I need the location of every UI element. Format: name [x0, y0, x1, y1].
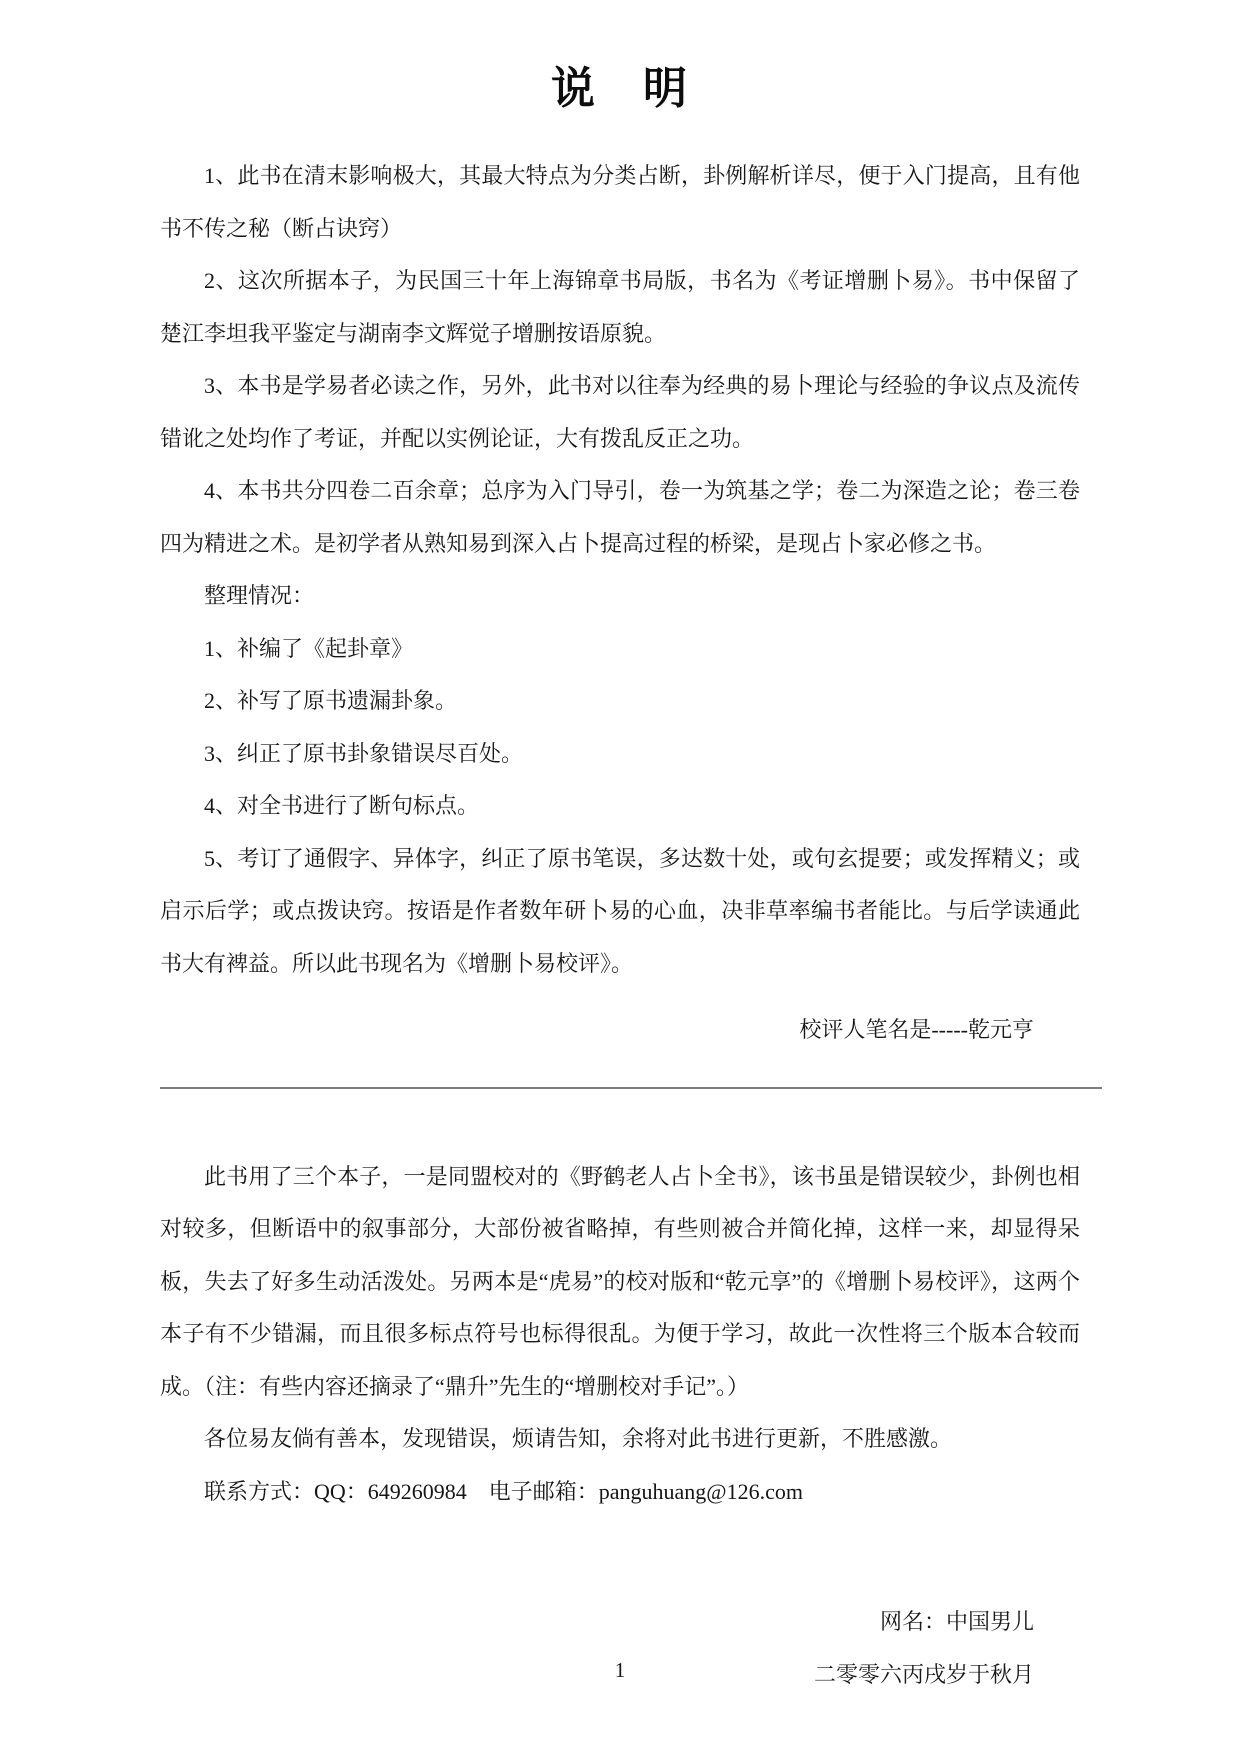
organize-item-5: 5、考订了通假字、异体字，纠正了原书笔误，多达数十处，或句玄提要；或发挥精义；或… — [160, 833, 1080, 991]
preface-item-1: 1、此书在清末影响极大，其最大特点为分类占断，卦例解析详尽，便于入门提高，且有他… — [160, 150, 1080, 255]
feedback-request-paragraph: 各位易友倘有善本，发现错误，烦请告知，余将对此书进行更新，不胜感激。 — [160, 1413, 1080, 1466]
organize-item-2: 2、补写了原书遗漏卦象。 — [160, 675, 1080, 728]
lower-section: 此书用了三个本子，一是同盟校对的《野鹤老人占卜全书》，该书虽是错误较少，卦例也相… — [160, 1151, 1080, 1519]
divider-line — [160, 1087, 1102, 1089]
contact-info-line: 联系方式：QQ：649260984 电子邮箱：panguhuang@126.co… — [160, 1466, 1080, 1519]
preface-item-3: 3、本书是学易者必读之作，另外，此书对以往奉为经典的易卜理论与经验的争议点及流传… — [160, 360, 1080, 465]
preface-item-2: 2、这次所据本子，为民国三十年上海锦章书局版，书名为《考证增删卜易》。书中保留了… — [160, 255, 1080, 360]
page-title: 说 明 — [160, 52, 1080, 116]
source-versions-paragraph: 此书用了三个本子，一是同盟校对的《野鹤老人占卜全书》，该书虽是错误较少，卦例也相… — [160, 1151, 1080, 1414]
organize-item-3: 3、纠正了原书卦象错误尽百处。 — [160, 728, 1080, 781]
organize-item-1: 1、补编了《起卦章》 — [160, 623, 1080, 676]
organize-heading: 整理情况： — [160, 570, 1080, 623]
page-number: 1 — [0, 1658, 1240, 1683]
organize-item-4: 4、对全书进行了断句标点。 — [160, 780, 1080, 833]
reviewer-signature-line: 校评人笔名是-----乾元亨 — [160, 1004, 1080, 1057]
document-page: 说 明 1、此书在清末影响极大，其最大特点为分类占断，卦例解析详尽，便于入门提高… — [0, 0, 1240, 1755]
preface-item-4: 4、本书共分四卷二百余章；总序为入门导引，卷一为筑基之学；卷二为深造之论；卷三卷… — [160, 465, 1080, 570]
net-name-line: 网名：中国男儿 — [160, 1596, 1080, 1649]
